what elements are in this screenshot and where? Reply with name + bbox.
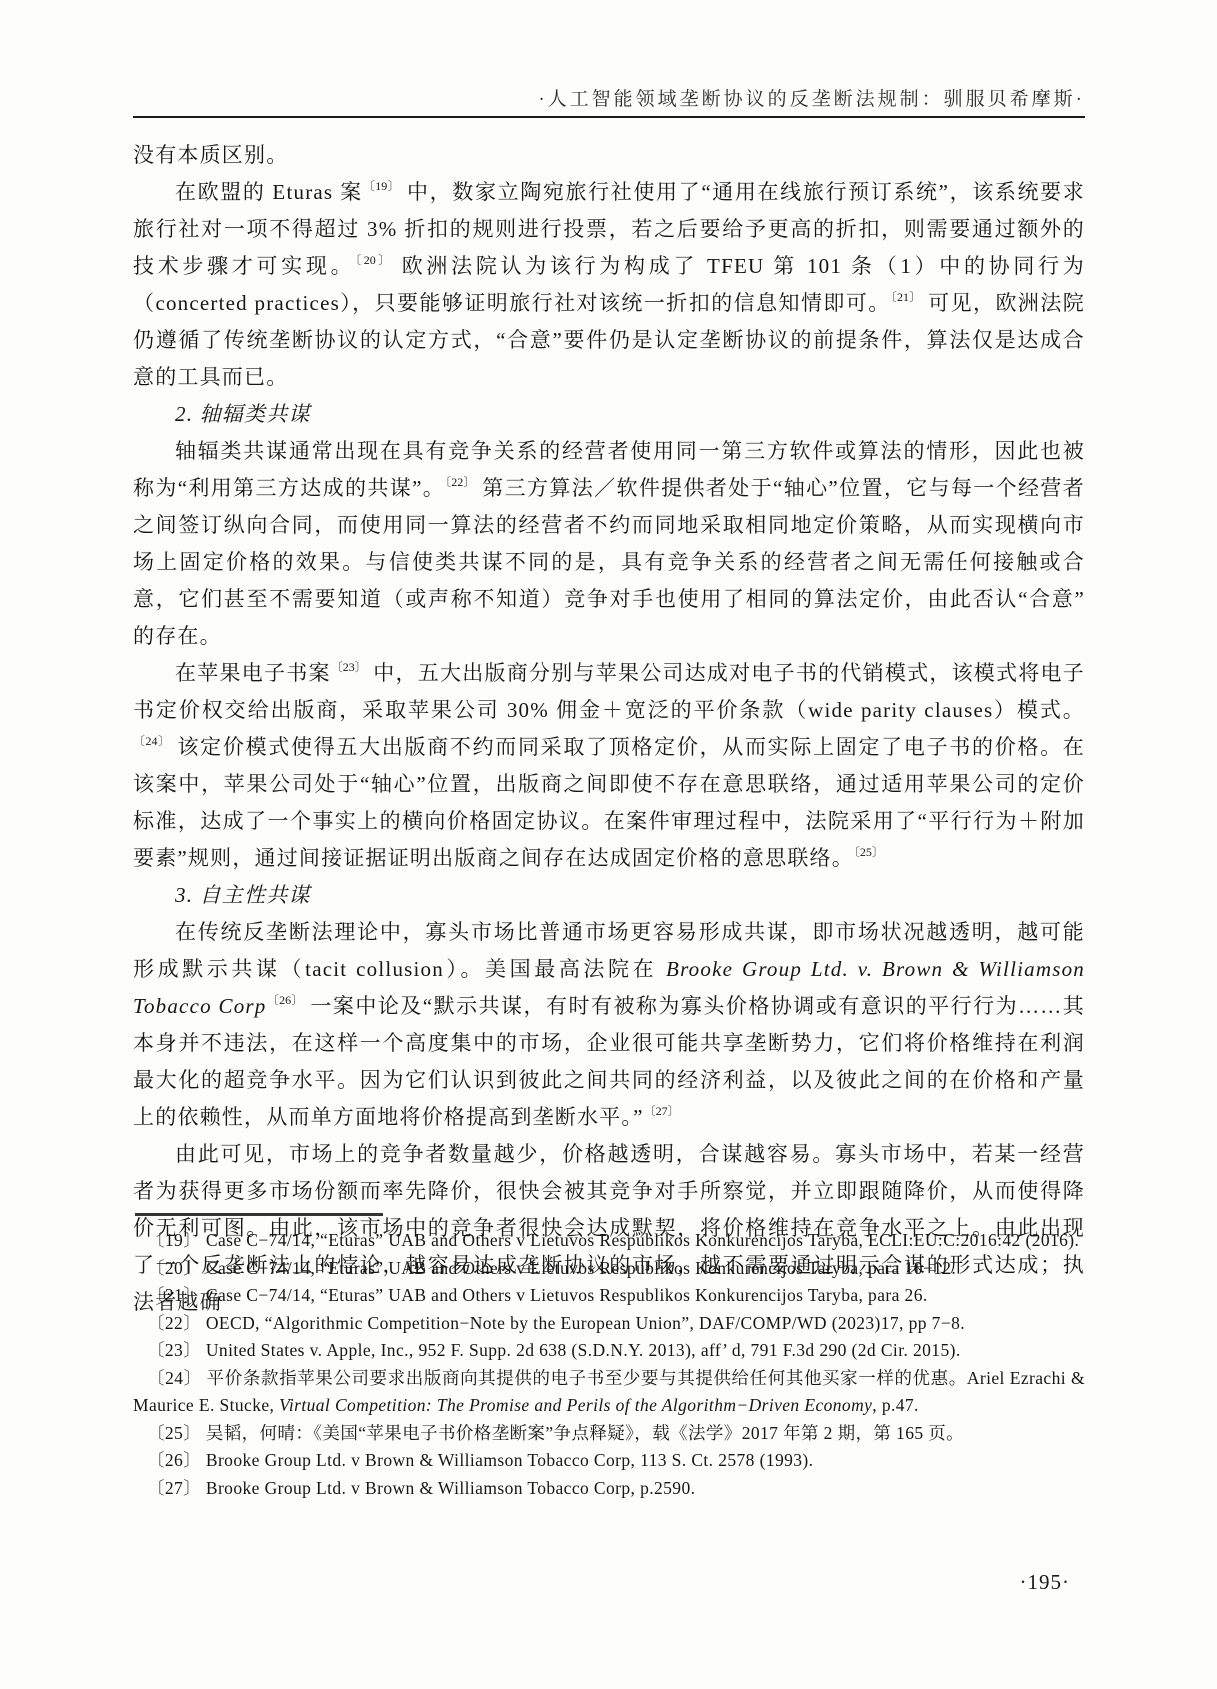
text-run: 〔25〕 吴韬，何晴：《美国“苹果电子书价格垄断案”争点释疑》，载《法学》201… <box>147 1423 964 1443</box>
header-rule <box>133 116 1085 118</box>
paragraph: 在传统反垄断法理论中，寡头市场比普通市场更容易形成共谋，即市场状况越透明，越可能… <box>133 914 1085 1136</box>
text-run: 〔21〕 Case C−74/14, “Eturas” UAB and Othe… <box>147 1285 928 1305</box>
paragraph: 在苹果电子书案〔23〕 中，五大出版商分别与苹果公司达成对电子书的代销模式，该模… <box>133 655 1085 877</box>
article-body: 没有本质区别。 在欧盟的 Eturas 案〔19〕 中，数家立陶宛旅行社使用了“… <box>133 137 1085 1321</box>
text-run: 在欧盟的 Eturas 案 <box>175 180 363 204</box>
text-run: 〔19〕 Case C−74/14, “Eturas” UAB and Othe… <box>147 1230 1079 1250</box>
text-run: 该定价模式使得五大出版商不约而同采取了顶格定价，从而实际上固定了电子书的价格。在… <box>133 735 1085 870</box>
footnote-20: 〔20〕 Case C−74/14, “Eturas” UAB and Othe… <box>133 1255 1085 1283</box>
paragraph: 轴辐类共谋通常出现在具有竞争关系的经营者使用同一第三方软件或算法的情形，因此也被… <box>133 433 1085 655</box>
footnote-27: 〔27〕 Brooke Group Ltd. v Brown & William… <box>133 1475 1085 1503</box>
footnote-ref: 〔19〕 <box>363 179 400 193</box>
footnote-ref: 〔22〕 <box>445 475 476 489</box>
footnote-ref: 〔21〕 <box>891 290 922 304</box>
footnote-ref: 〔27〕 <box>644 1104 680 1118</box>
text-run: Virtual Competition: The Promise and Per… <box>279 1395 872 1415</box>
paper-page: ·人工智能领域垄断协议的反垄断法规制：驯服贝希摩斯· 没有本质区别。 在欧盟的 … <box>0 0 1217 1689</box>
text-run: 在苹果电子书案 <box>175 661 331 685</box>
footnote-ref: 〔24〕 <box>133 734 171 748</box>
page-number: ·195· <box>1020 1570 1071 1595</box>
text-run: 第三方算法／软件提供者处于“轴心”位置，它与每一个经营者之间签订纵向合同，而使用… <box>133 476 1085 648</box>
text-run: 没有本质区别。 <box>133 143 288 167</box>
text-run: 2. 轴辐类共谋 <box>175 402 311 426</box>
text-run: 〔22〕 OECD, “Algorithmic Competition−Note… <box>147 1313 965 1333</box>
section-heading-2: 2. 轴辐类共谋 <box>133 396 1085 433</box>
text-run: 一案中论及“默示共谋，有时有被称为寡头价格协调或有意识的平行行为……其本身并不违… <box>133 994 1085 1129</box>
text-run: 3. 自主性共谋 <box>175 883 311 907</box>
section-heading-3: 3. 自主性共谋 <box>133 877 1085 914</box>
text-run: , p.47. <box>872 1395 919 1415</box>
footnotes: 〔19〕 Case C−74/14, “Eturas” UAB and Othe… <box>133 1227 1085 1502</box>
footnote-ref: 〔25〕 <box>854 845 884 859</box>
running-title: ·人工智能领域垄断协议的反垄断法规制：驯服贝希摩斯· <box>538 89 1085 110</box>
footnote-24: 〔24〕 平价条款指苹果公司要求出版商向其提供的电子书至少要与其提供给任何其他买… <box>133 1365 1085 1420</box>
running-header: ·人工智能领域垄断协议的反垄断法规制：驯服贝希摩斯· <box>133 84 1085 111</box>
footnote-23: 〔23〕 United States v. Apple, Inc., 952 F… <box>133 1337 1085 1365</box>
paragraph-continuation: 没有本质区别。 <box>133 137 1085 174</box>
footnote-19: 〔19〕 Case C−74/14, “Eturas” UAB and Othe… <box>133 1227 1085 1255</box>
footnote-22: 〔22〕 OECD, “Algorithmic Competition−Note… <box>133 1310 1085 1338</box>
footnote-ref: 〔23〕 <box>331 660 367 674</box>
footnote-21: 〔21〕 Case C−74/14, “Eturas” UAB and Othe… <box>133 1282 1085 1310</box>
paragraph: 在欧盟的 Eturas 案〔19〕 中，数家立陶宛旅行社使用了“通用在线旅行预订… <box>133 174 1085 396</box>
footnote-ref: 〔20〕 <box>355 253 393 267</box>
text-run: 〔27〕 Brooke Group Ltd. v Brown & William… <box>147 1478 695 1498</box>
footnote-ref: 〔26〕 <box>267 993 304 1007</box>
text-run: 〔23〕 United States v. Apple, Inc., 952 F… <box>147 1340 961 1360</box>
footnote-separator <box>135 1213 383 1216</box>
text-run: 〔26〕 Brooke Group Ltd. v Brown & William… <box>147 1450 813 1470</box>
footnote-26: 〔26〕 Brooke Group Ltd. v Brown & William… <box>133 1447 1085 1475</box>
footnote-25: 〔25〕 吴韬，何晴：《美国“苹果电子书价格垄断案”争点释疑》，载《法学》201… <box>133 1420 1085 1448</box>
text-run: 〔20〕 Case C−74/14, “Eturas” UAB and Othe… <box>147 1258 956 1278</box>
